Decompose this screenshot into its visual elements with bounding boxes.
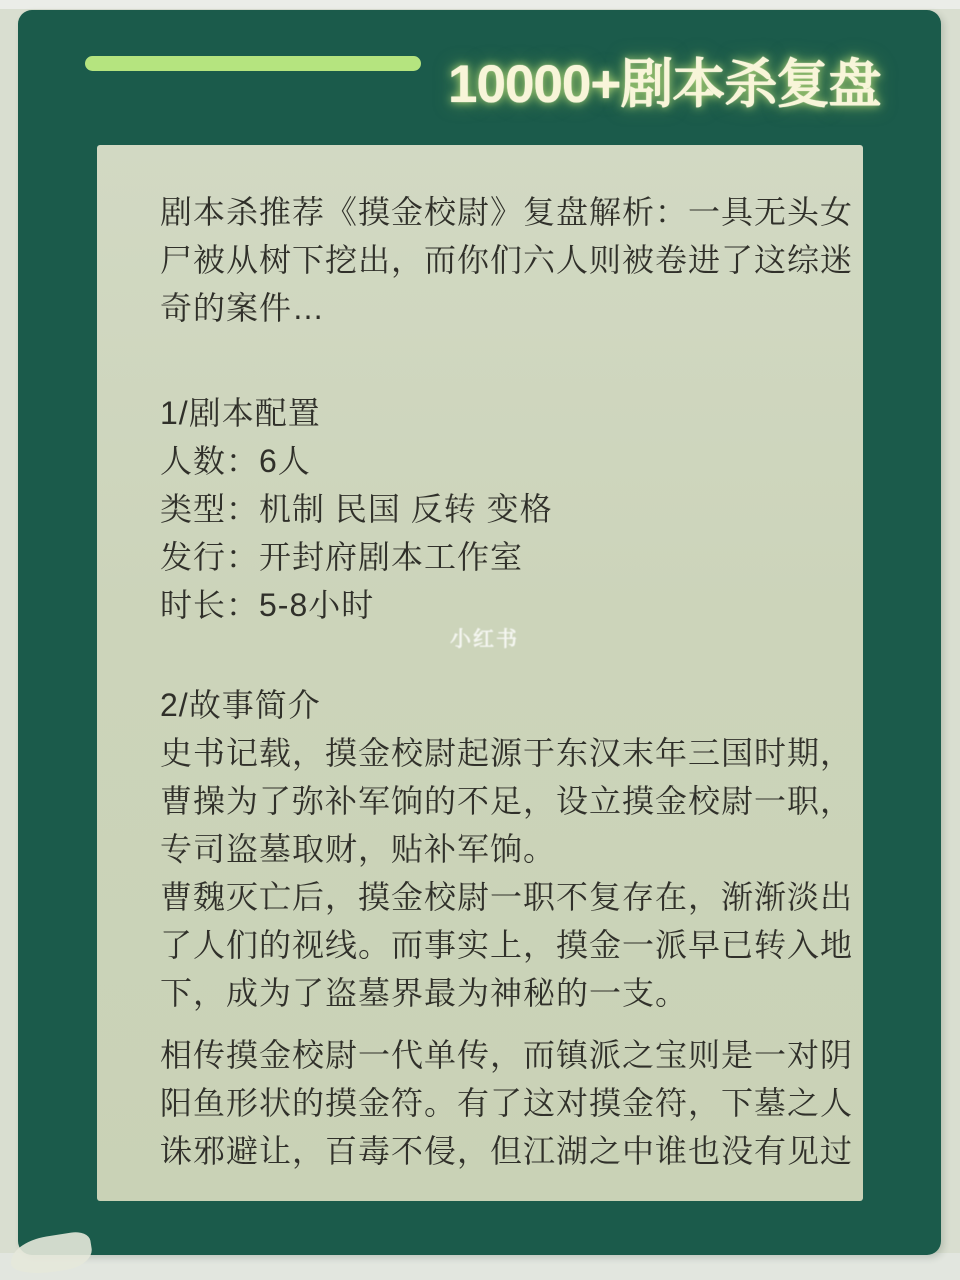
config-publisher: 发行：开封府剧本工作室 [160,533,843,581]
story-line: 曹操为了弥补军饷的不足，设立摸金校尉一职， [160,777,843,825]
accent-bar [85,56,421,71]
bottom-margin-strip [0,1253,960,1280]
intro-line: 尸被从树下挖出，而你们六人则被卷进了这综迷 [160,236,843,284]
config-section: 1/剧本配置 人数：6人 类型：机制 民国 反转 变格 发行：开封府剧本工作室 … [160,389,843,629]
config-heading: 1/剧本配置 [160,389,843,437]
intro-line: 剧本杀推荐《摸金校尉》复盘解析：一具无头女 [160,188,843,236]
story-line: 史书记载，摸金校尉起源于东汉末年三国时期， [160,729,843,777]
story-line: 相传摸金校尉一代单传，而镇派之宝则是一对阴 [160,1031,843,1079]
story-line: 下，成为了盗墓界最为神秘的一支。 [160,969,843,1017]
story-line: 诛邪避让，百毒不侵，但江湖之中谁也没有见过 [160,1127,843,1175]
xiaohongshu-watermark: 小红书 [450,623,519,653]
intro-paragraph: 剧本杀推荐《摸金校尉》复盘解析：一具无头女 尸被从树下挖出，而你们六人则被卷进了… [160,188,843,332]
story-line: 专司盗墓取财，贴补军饷。 [160,825,843,873]
top-margin-strip [0,0,960,9]
content-panel: 剧本杀推荐《摸金校尉》复盘解析：一具无头女 尸被从树下挖出，而你们六人则被卷进了… [97,145,863,1201]
config-players: 人数：6人 [160,437,843,485]
story-section: 2/故事简介 史书记载，摸金校尉起源于东汉末年三国时期， 曹操为了弥补军饷的不足… [160,681,843,1175]
green-card: 10000+剧本杀复盘 剧本杀推荐《摸金校尉》复盘解析：一具无头女 尸被从树下挖… [18,10,941,1255]
story-line: 了人们的视线。而事实上，摸金一派早已转入地 [160,921,843,969]
intro-line: 奇的案件… [160,284,843,332]
story-line: 曹魏灭亡后，摸金校尉一职不复存在，渐渐淡出 [160,873,843,921]
config-genre: 类型：机制 民国 反转 变格 [160,485,843,533]
page-title: 10000+剧本杀复盘 [448,42,928,108]
page-background: { "header": { "title": "10000+剧本杀复盘" }, … [0,0,960,1280]
story-heading: 2/故事简介 [160,681,843,729]
config-duration: 时长：5-8小时 [160,581,843,629]
story-line: 阳鱼形状的摸金符。有了这对摸金符，下墓之人 [160,1079,843,1127]
